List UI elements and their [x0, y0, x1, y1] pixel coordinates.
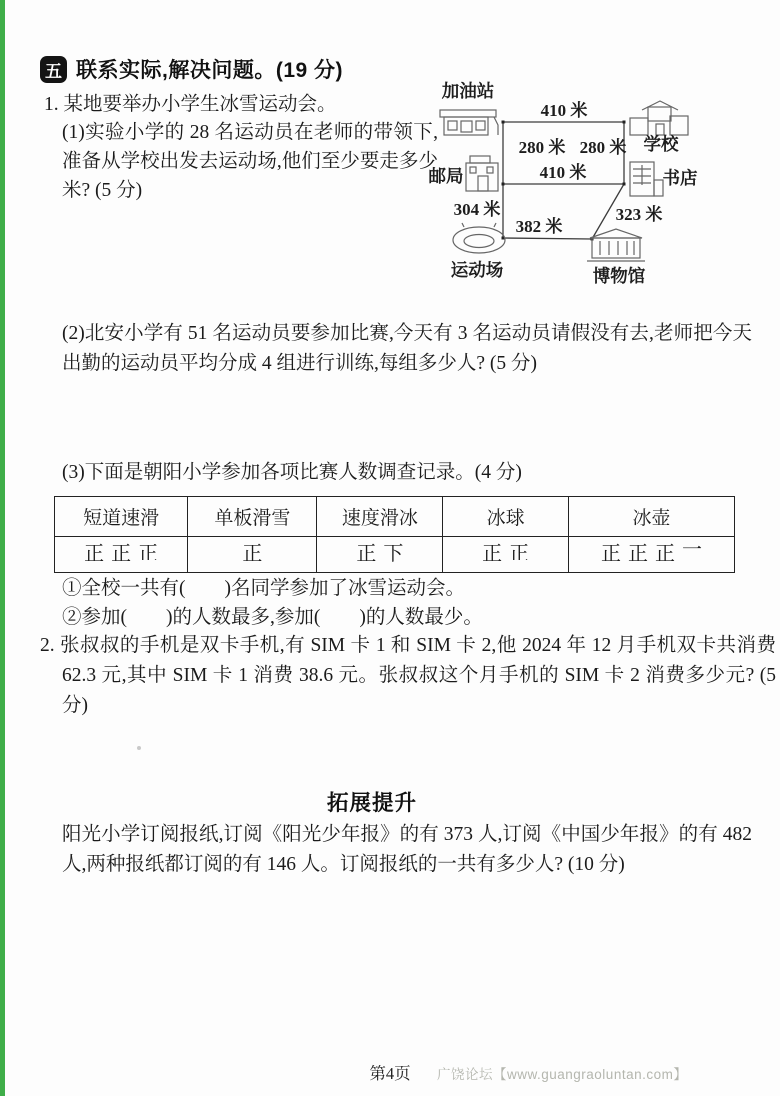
question-1-part3: (3)下面是朝阳小学参加各项比赛人数调查记录。(4 分) [62, 458, 752, 487]
bookstore-icon [630, 162, 663, 196]
fill-blank-1: ①全校一共有( )名同学参加了冰雪运动会。 [62, 572, 465, 600]
survey-table: 短道速滑单板滑雪速度滑冰冰球冰壶 正正正正正下正正正正正一 [54, 496, 735, 573]
label-sports-field: 运动场 [451, 260, 504, 280]
tally-marks: 正正正 [84, 544, 158, 565]
distance-left-lower: 304 米 [454, 199, 501, 219]
label-gas-station: 加油站 [442, 81, 495, 101]
survey-header-row: 短道速滑单板滑雪速度滑冰冰球冰壶 [55, 497, 735, 537]
survey-column-header: 冰壶 [569, 497, 735, 537]
watermark: 广饶论坛【www.guangraoluntan.com】 [437, 1063, 687, 1083]
tally-marks: 正 [242, 544, 262, 565]
distance-bottom: 382 米 [516, 216, 563, 236]
page-edge-strip [0, 0, 5, 1096]
label-post-office: 邮局 [429, 166, 464, 186]
section-title: 联系实际,解决问题。(19 分) [76, 54, 343, 84]
survey-tally-row: 正正正正正下正正正正正一 [55, 537, 735, 573]
tally-marks: 正正正一 [601, 544, 702, 565]
question-1-part2: (2)北安小学有 51 名运动员要参加比赛,今天有 3 名运动员请假没有去,老师… [62, 319, 752, 379]
tally-mark: 下 [383, 544, 403, 565]
tally-mark: 正 [601, 544, 621, 565]
label-bookstore: 书店 [663, 168, 698, 188]
tally-marks: 正正 [482, 544, 529, 565]
section-heading: 五 联系实际,解决问题。(19 分) [40, 54, 343, 84]
tally-mark: 正 [628, 544, 648, 565]
survey-tally-cell: 正下 [317, 537, 443, 573]
survey-tally-cell: 正正正 [55, 537, 188, 573]
survey-column-header: 速度滑冰 [317, 497, 443, 537]
distance-left-upper: 280 米 [519, 137, 566, 157]
worksheet-page: 五 联系实际,解决问题。(19 分) 1. 某地要举办小学生冰雪运动会。 (1)… [0, 0, 780, 1096]
tally-mark: 正 [482, 544, 502, 565]
question-1-intro: 1. 某地要举办小学生冰雪运动会。 [44, 88, 337, 116]
tally-mark: 正 [111, 544, 131, 565]
scan-speck [137, 746, 141, 750]
fill-blank-2: ②参加( )的人数最多,参加( )的人数最少。 [62, 601, 483, 629]
label-school: 学校 [644, 134, 679, 154]
sports-field-icon [453, 223, 505, 253]
tally-marks: 正下 [356, 544, 403, 565]
extension-title: 拓展提升 [40, 786, 704, 817]
post-office-icon [466, 156, 498, 191]
tally-mark: 正 [356, 544, 376, 565]
label-museum: 博物馆 [593, 266, 646, 286]
survey-tally-cell: 正正正一 [569, 537, 735, 573]
section-number-badge: 五 [40, 56, 67, 83]
question-2: 2. 张叔叔的手机是双卡手机,有 SIM 卡 1 和 SIM 卡 2,他 202… [40, 631, 776, 721]
distance-diagonal: 323 米 [616, 204, 663, 224]
survey-column-header: 单板滑雪 [188, 497, 317, 537]
distance-middle: 410 米 [540, 162, 587, 182]
distance-top: 410 米 [541, 100, 588, 120]
survey-tally-cell: 正 [188, 537, 317, 573]
school-icon [630, 101, 688, 135]
survey-tally-cell: 正正 [443, 537, 569, 573]
tally-mark: 正 [138, 544, 158, 560]
survey-column-header: 短道速滑 [55, 497, 188, 537]
gas-station-icon [440, 110, 498, 135]
distance-map-svg: 410 米 280 米 280 米 410 米 304 米 382 米 323 … [420, 80, 780, 298]
tally-mark: 正 [84, 544, 104, 565]
extension-problem: 阳光小学订阅报纸,订阅《阳光少年报》的有 373 人,订阅《中国少年报》的有 4… [62, 820, 752, 880]
tally-mark: 正 [655, 544, 675, 565]
tally-mark: 一 [682, 540, 702, 561]
tally-mark: 正 [242, 544, 262, 565]
tally-mark: 正 [509, 544, 529, 560]
distance-right-upper: 280 米 [580, 137, 627, 157]
question-1-part1: (1)实验小学的 28 名运动员在老师的带领下,准备从学校出发去运动场,他们至少… [62, 118, 438, 205]
distance-map-figure: 410 米 280 米 280 米 410 米 304 米 382 米 323 … [420, 80, 780, 298]
survey-column-header: 冰球 [443, 497, 569, 537]
